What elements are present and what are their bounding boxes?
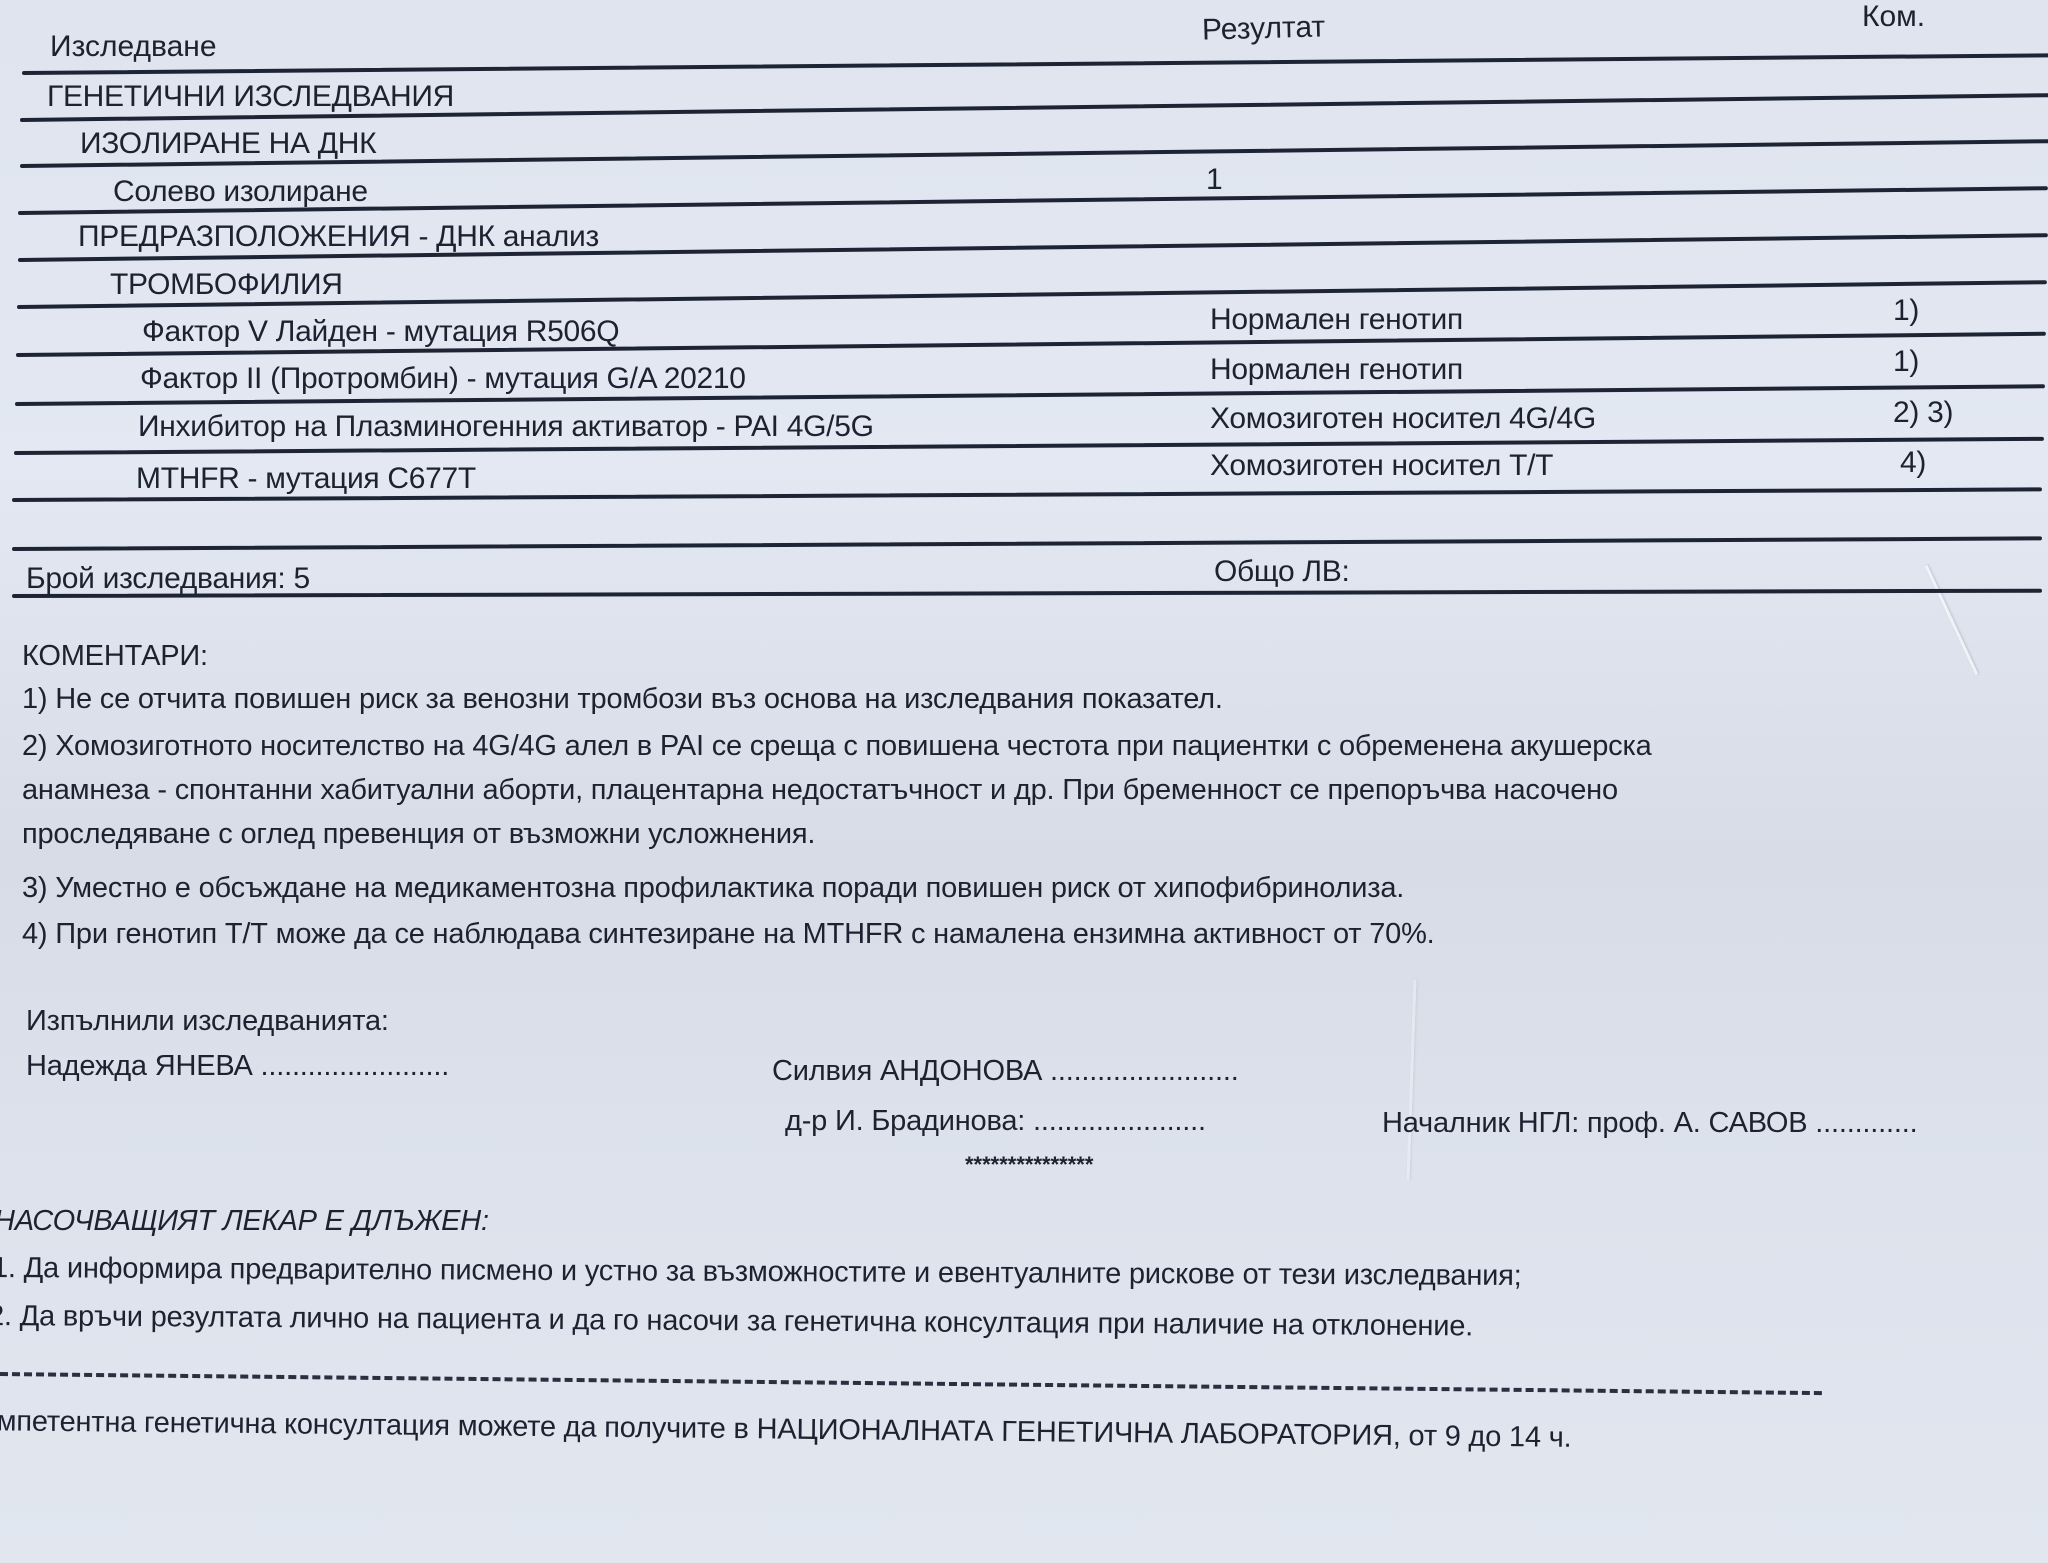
table-row-comment: 1) (1893, 294, 1919, 328)
comment-item: 4) При генотип Т/Т може да се наблюдава … (22, 918, 1435, 951)
signature-silviya-andonova: Силвия АНДОНОВА ........................ (772, 1055, 1239, 1088)
table-row-comment: 2) 3) (1893, 396, 1953, 430)
physician-notice-title: НАСОЧВАЩИЯТ ЛЕКАР Е ДЛЪЖЕН: (0, 1205, 489, 1238)
table-row-result: Нормален генотип (1210, 353, 1463, 387)
comment-item: 1) Не се отчита повишен риск за венозни … (22, 683, 1223, 716)
physician-notice-item: 2. Да връчи резултата лично на пациента … (0, 1300, 1473, 1343)
header-result: Резултат (1202, 10, 1326, 47)
table-rule (22, 53, 2048, 75)
signature-bradinova: д-р И. Брадинова: ...................... (785, 1105, 1206, 1138)
table-row-name: ПРЕДРАЗПОЛОЖЕНИЯ - ДНК анализ (78, 220, 599, 254)
paper-crease (1925, 565, 1978, 675)
table-row-name: ТРОМБОФИЛИЯ (110, 268, 343, 302)
comment-item: анамнеза - спонтанни хабитуални аборти, … (22, 774, 1618, 807)
comment-item: 2) Хомозиготното носителство на 4G/4G ал… (22, 730, 1652, 763)
table-row-comment: 1) (1893, 345, 1919, 379)
total-label: Общо ЛВ: (1214, 555, 1350, 589)
header-comment: Ком. (1862, 0, 1925, 34)
comment-item: проследяване с оглед превенция от възмож… (22, 818, 815, 851)
stars-separator: *************** (965, 1152, 1093, 1178)
comment-item: 3) Уместно е обсъждане на медикаментозна… (22, 872, 1404, 905)
table-row-name: ИЗОЛИРАНЕ НА ДНК (80, 127, 376, 161)
table-row-comment: 4) (1900, 446, 1926, 480)
table-row-result: Хомозиготен носител Т/Т (1210, 449, 1553, 483)
table-row-name: Солево изолиране (113, 175, 368, 209)
table-row-name: ГЕНЕТИЧНИ ИЗСЛЕДВАНИЯ (47, 80, 454, 114)
table-row-name: MTHFR - мутация C677T (136, 462, 476, 496)
header-test: Изследване (50, 30, 217, 64)
table-row-result: 1 (1206, 163, 1222, 197)
paper-crease (1407, 980, 1417, 1180)
signature-head-savov: Началник НГЛ: проф. А. САВОВ ...........… (1382, 1107, 1917, 1140)
table-row-result: Хомозиготен носител 4G/4G (1210, 402, 1596, 436)
comments-title: КОМЕНТАРИ: (22, 640, 208, 673)
signature-nadezhda-yaneva: Надежда ЯНЕВА ........................ (26, 1050, 449, 1083)
dashed-separator (0, 1372, 1822, 1395)
footer-consultation-note: Компетентна генетична консултация можете… (0, 1405, 1572, 1455)
performed-by-label: Изпълнили изследванията: (26, 1005, 389, 1038)
physician-notice-item: 1. Да информира предварително писмено и … (0, 1252, 1522, 1293)
table-row-name: Фактор V Лайден - мутация R506Q (142, 315, 619, 349)
table-row-name: Фактор II (Протромбин) - мутация G/A 202… (140, 362, 746, 396)
table-rule (12, 589, 2042, 598)
table-rule (12, 536, 2042, 551)
test-count: Брой изследвания: 5 (26, 562, 310, 596)
table-row-result: Нормален генотип (1210, 303, 1463, 337)
table-row-name: Инхибитор на Плазминогенния активатор - … (138, 410, 874, 444)
